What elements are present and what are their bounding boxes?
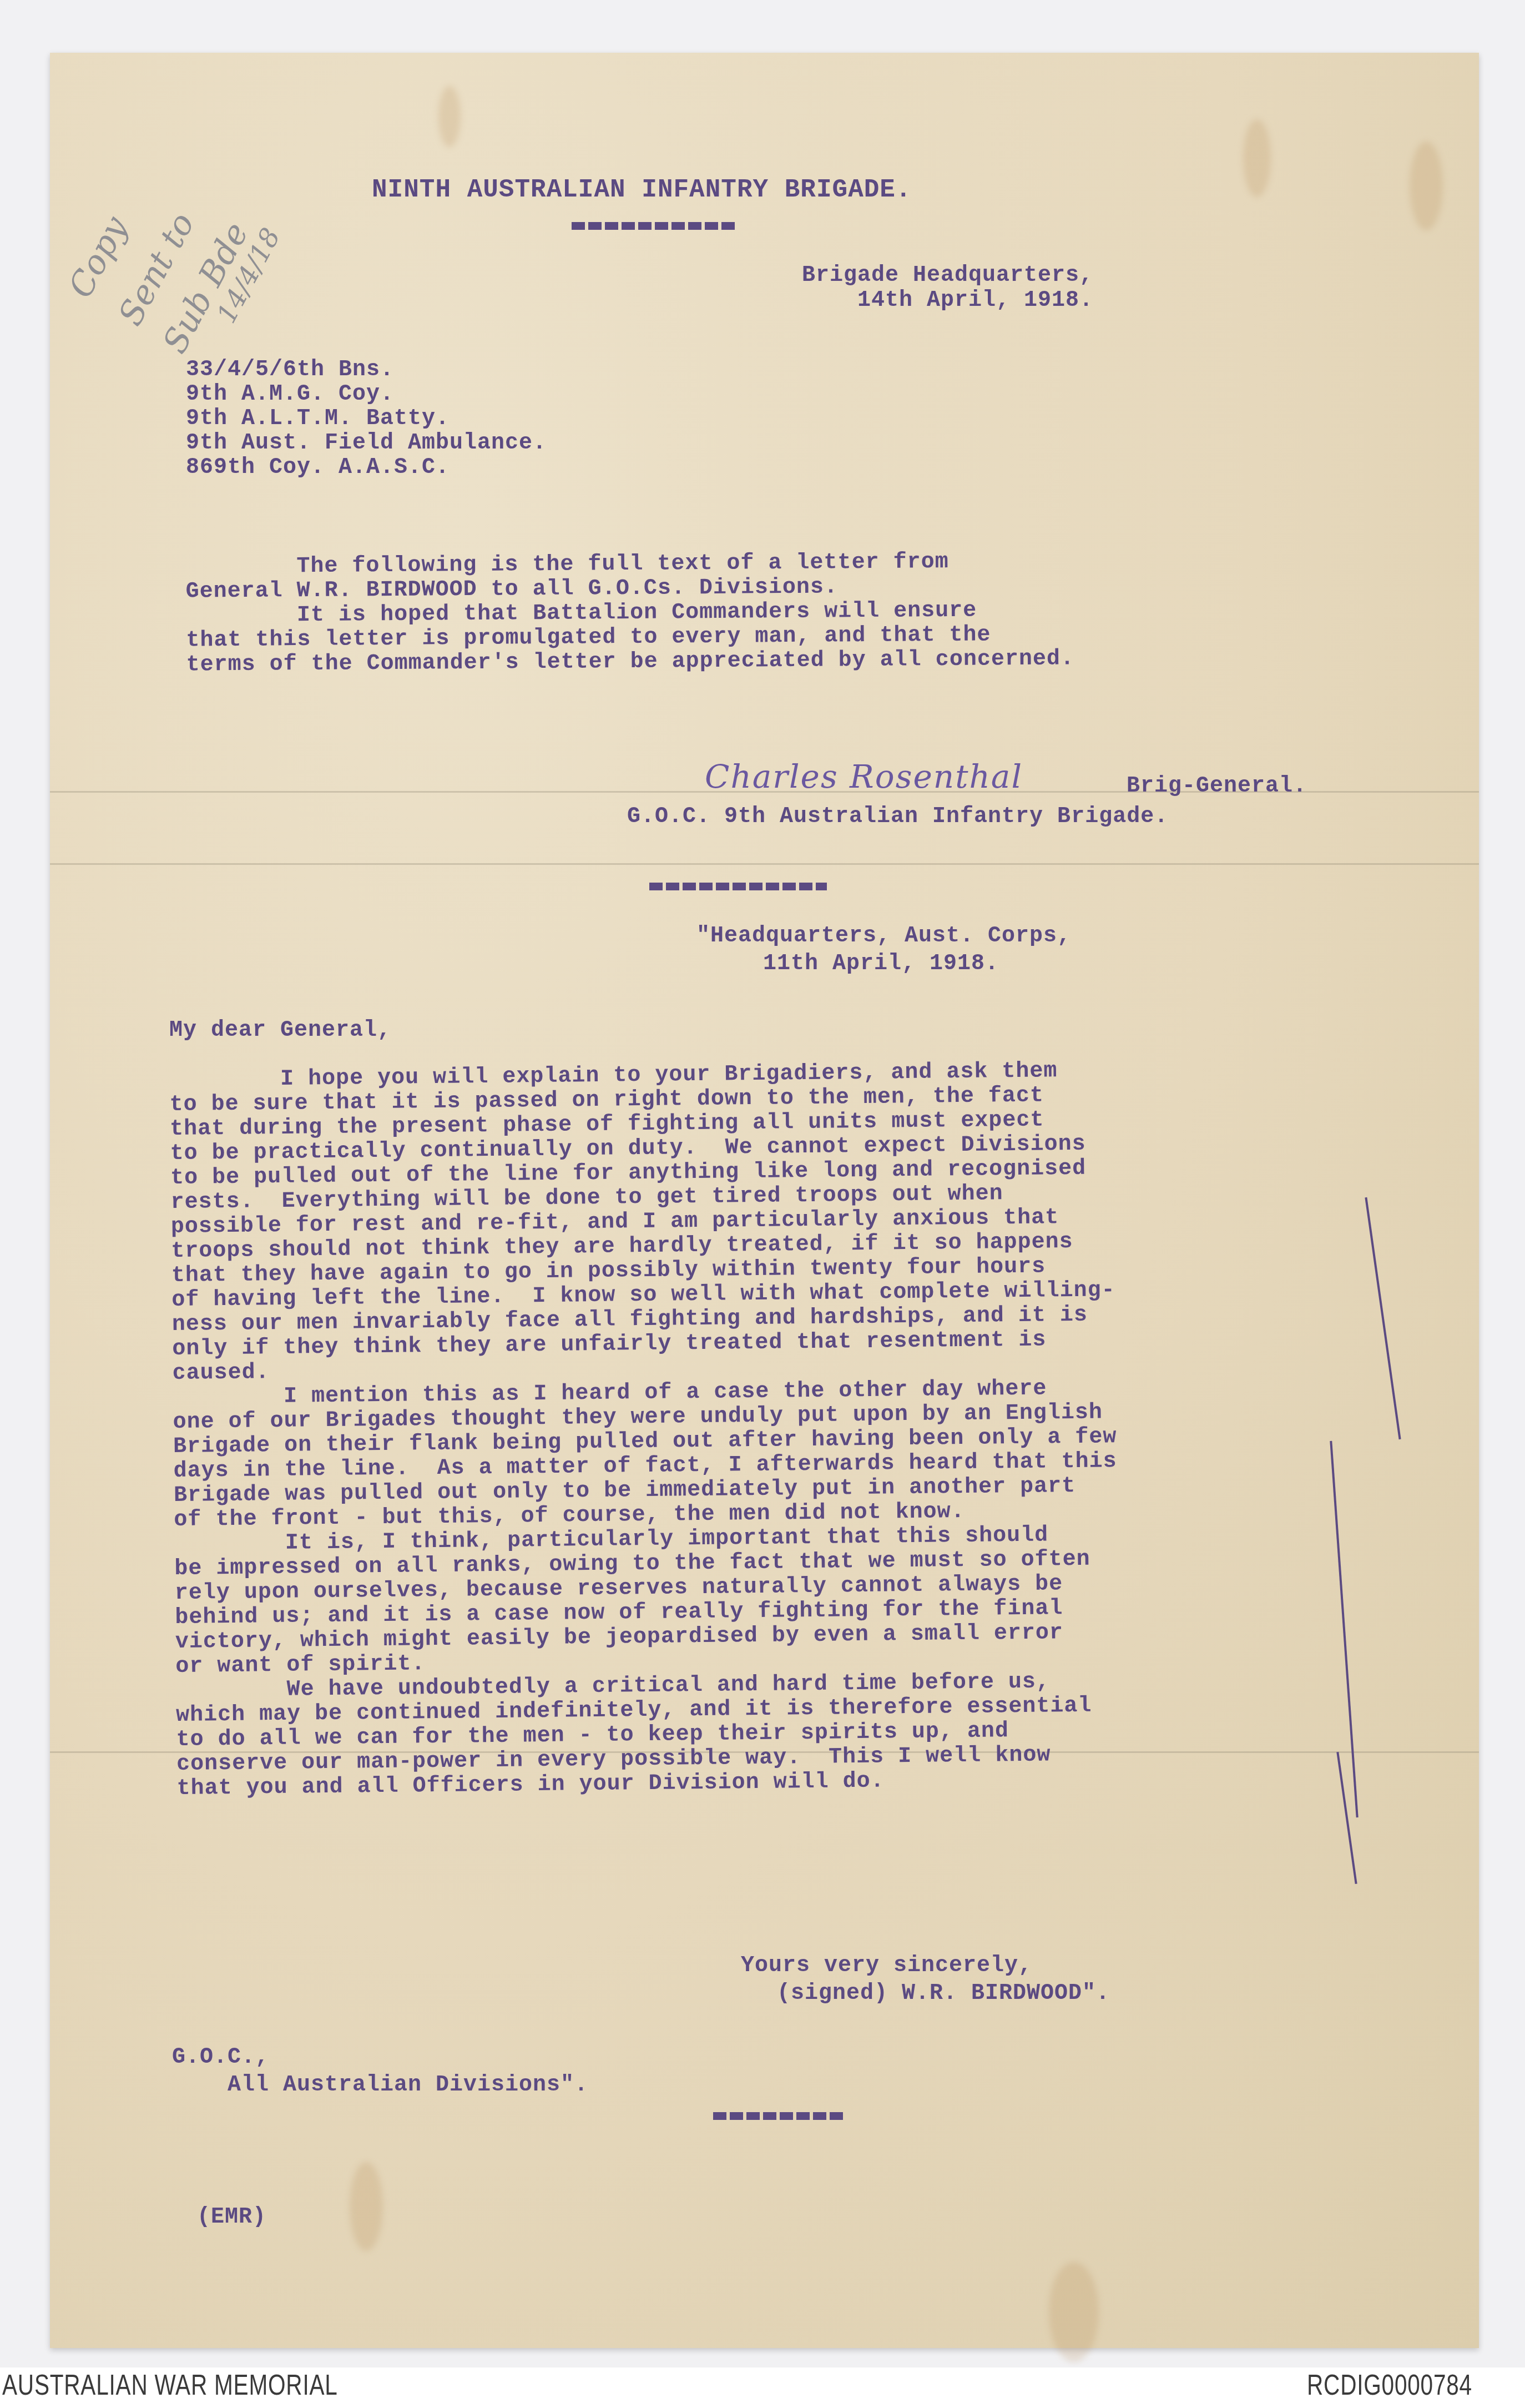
footer-item-id: RCDIG0000784 bbox=[1307, 2369, 1472, 2402]
divider-dashes bbox=[572, 222, 738, 230]
margin-line-mark bbox=[1365, 1197, 1401, 1439]
addressee: 9th A.L.T.M. Batty. bbox=[186, 407, 547, 431]
signatory-role: G.O.C. 9th Australian Infantry Brigade. bbox=[627, 805, 1168, 829]
divider-dashes bbox=[713, 2112, 846, 2120]
foxing-stain bbox=[1410, 142, 1443, 230]
recipient-line: All Australian Divisions". bbox=[172, 2073, 588, 2098]
archive-footer: AUSTRALIAN WAR MEMORIAL RCDIG0000784 bbox=[0, 2367, 1525, 2408]
signatory-rank: Brig-General. bbox=[1127, 774, 1307, 799]
addressee-list: 33/4/5/6th Bns. 9th A.M.G. Coy. 9th A.L.… bbox=[186, 358, 547, 480]
addressee: 9th Aust. Field Ambulance. bbox=[186, 431, 547, 456]
signed-line: (signed) W.R. BIRDWOOD". bbox=[777, 1982, 1110, 2006]
addressee: 9th A.M.G. Coy. bbox=[186, 382, 547, 407]
addressee: 869th Coy. A.A.S.C. bbox=[186, 456, 547, 480]
letter-date: 11th April, 1918. bbox=[763, 952, 999, 976]
closing: Yours very sincerely, bbox=[741, 1954, 1032, 1978]
cover-note-line: terms of the Commander's letter be appre… bbox=[186, 647, 1074, 677]
margin-line-mark bbox=[1330, 1441, 1358, 1818]
handwritten-signature: Charles Rosenthal bbox=[705, 758, 1023, 795]
recipient-line: G.O.C., bbox=[172, 2046, 269, 2070]
cover-note: The following is the full text of a lett… bbox=[185, 549, 1074, 677]
brigade-title: NINTH AUSTRALIAN INFANTRY BRIGADE. bbox=[372, 178, 912, 202]
heading-date: 14th April, 1918. bbox=[857, 289, 1093, 313]
foxing-stain bbox=[1243, 119, 1271, 197]
salutation: My dear General, bbox=[169, 1019, 391, 1043]
reference-initials: (EMR) bbox=[197, 2205, 266, 2230]
foxing-stain bbox=[438, 86, 461, 147]
letter-body: I hope you will explain to your Brigadie… bbox=[169, 1059, 1120, 1801]
addressee: 33/4/5/6th Bns. bbox=[186, 358, 547, 382]
footer-institution: AUSTRALIAN WAR MEMORIAL bbox=[2, 2369, 338, 2402]
divider-dashes bbox=[649, 883, 827, 890]
foxing-stain bbox=[350, 2162, 383, 2251]
paper-fold bbox=[50, 863, 1479, 865]
heading-location: Brigade Headquarters, bbox=[802, 264, 1093, 288]
letter-page: Copy Sent to Sub Bde 14/4/18 NINTH AUSTR… bbox=[50, 53, 1479, 2348]
letter-location: "Headquarters, Aust. Corps, bbox=[696, 924, 1071, 949]
foxing-stain bbox=[1049, 2262, 1099, 2362]
